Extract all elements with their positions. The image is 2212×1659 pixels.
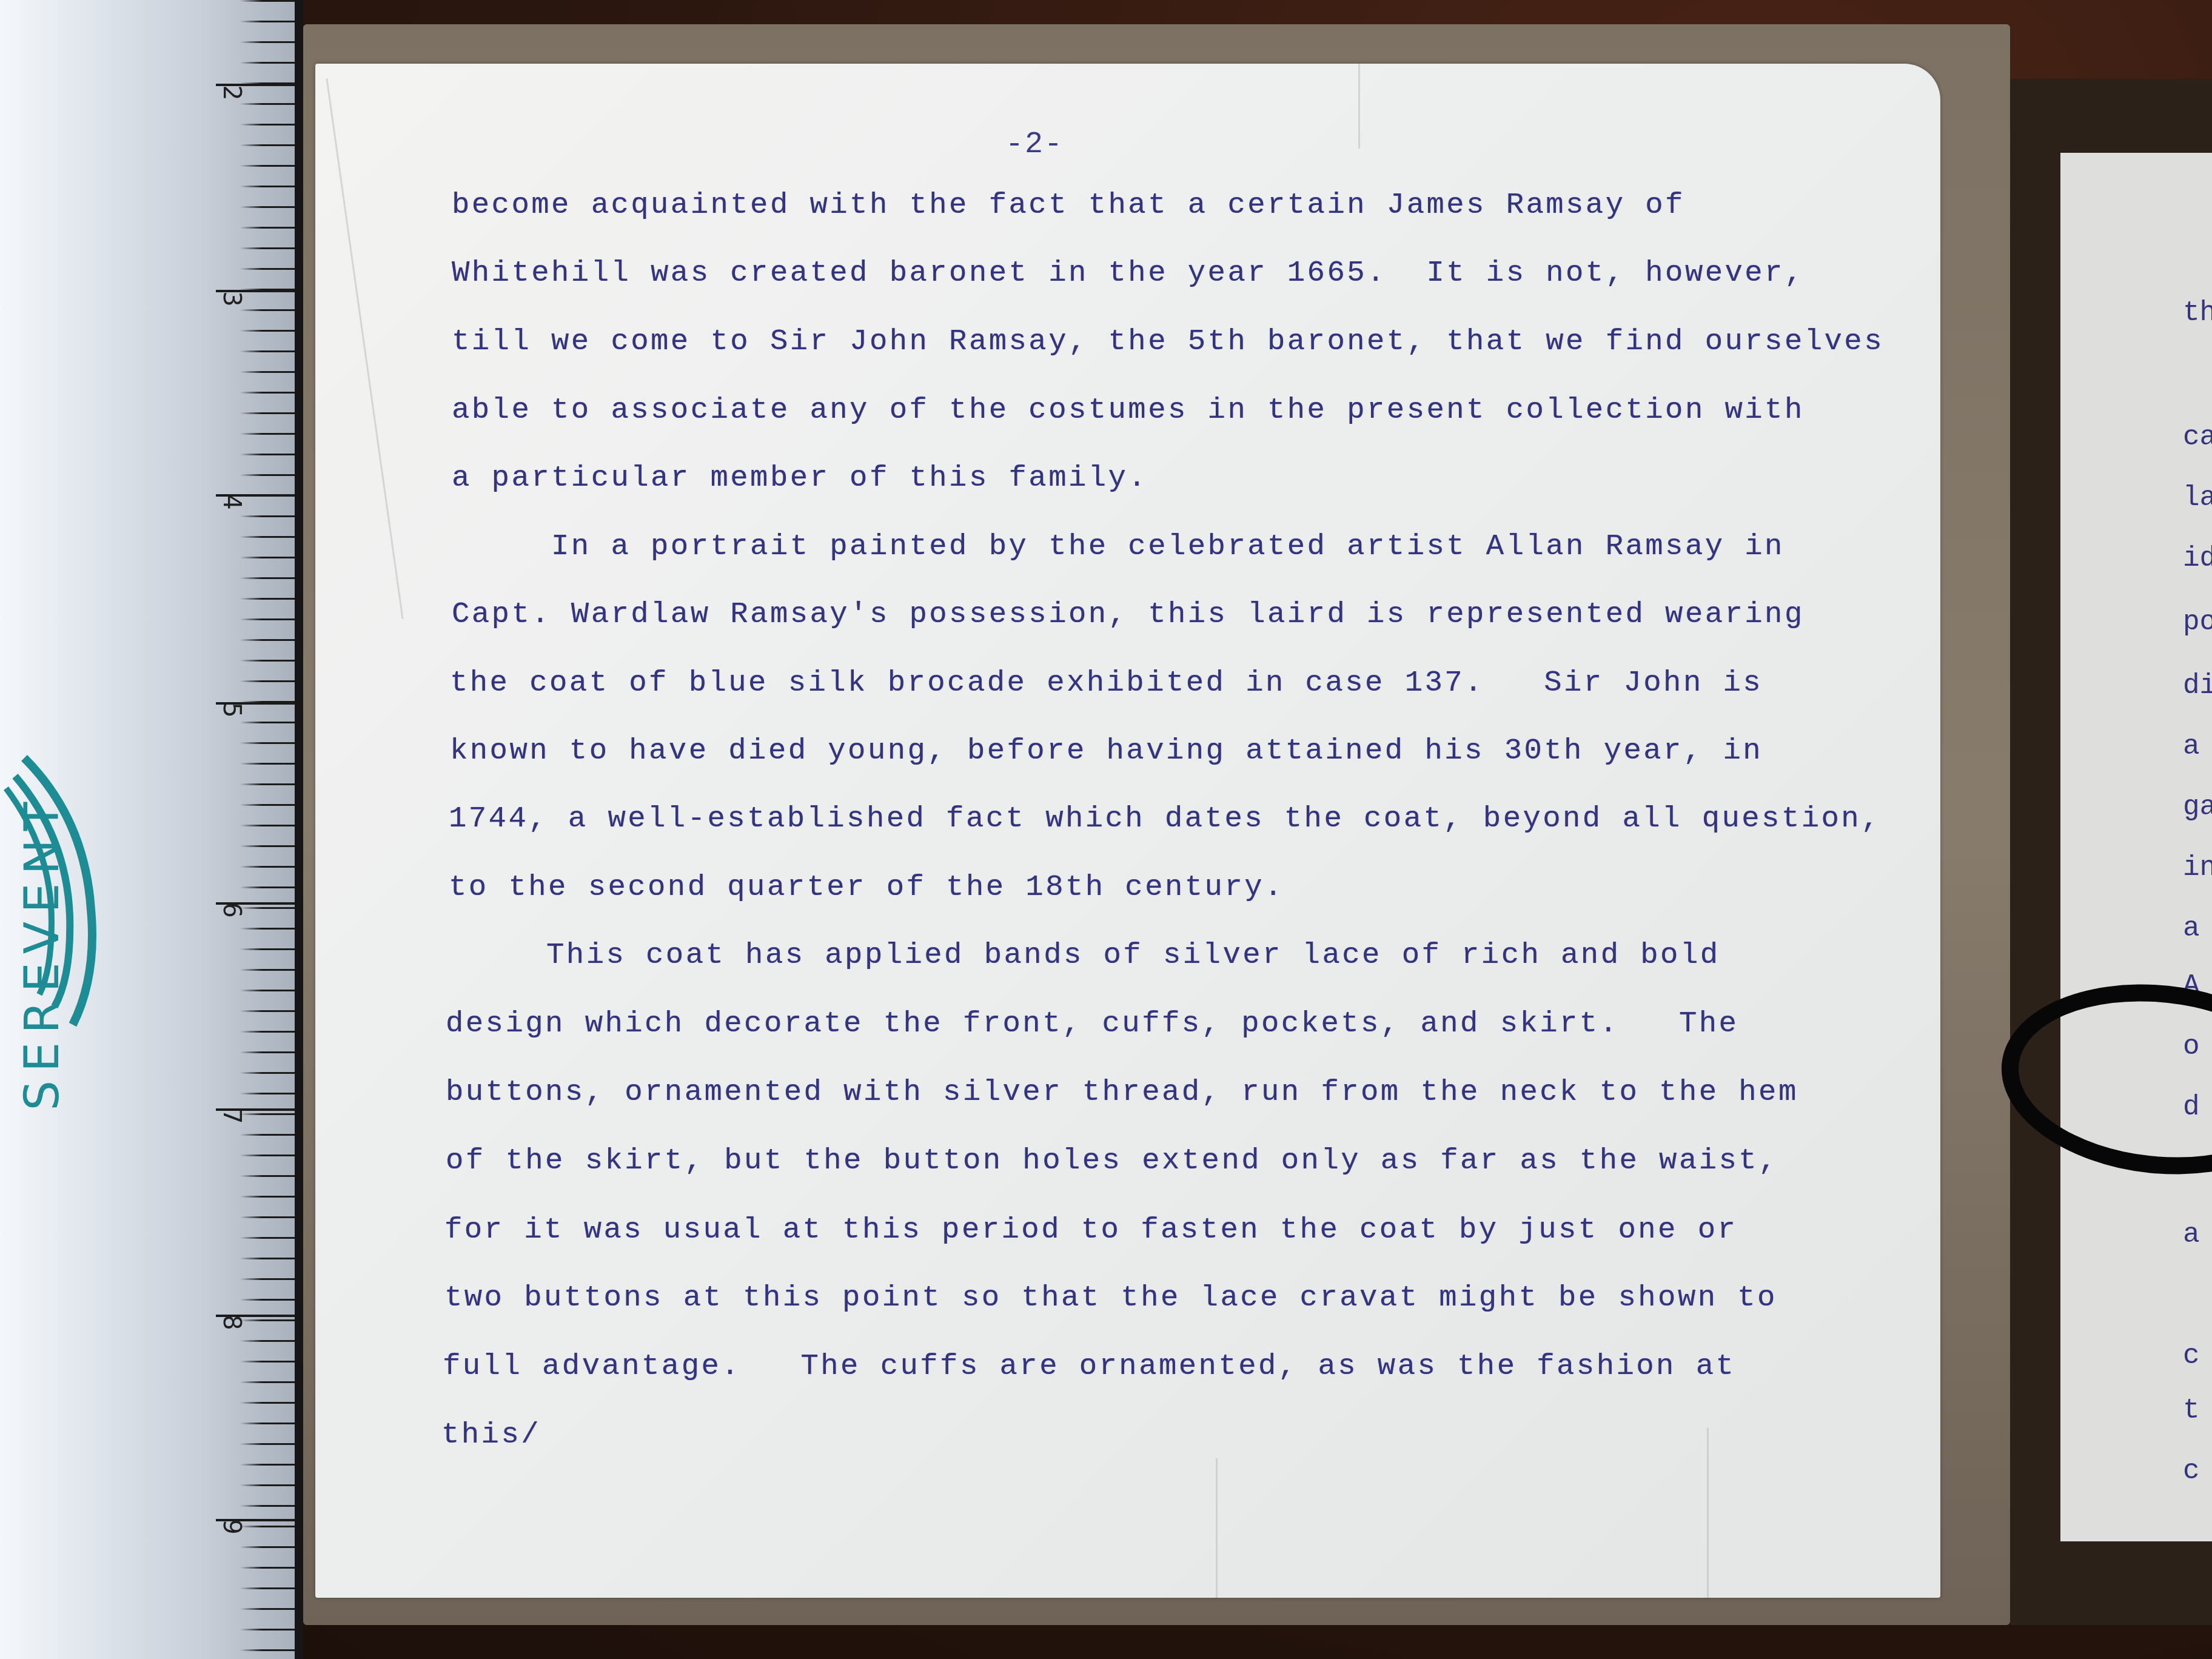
adjacent-text-fragment: c [2183, 1340, 2200, 1372]
text-line: a particular member of this family. [452, 461, 1148, 495]
adjacent-text-fragment: c [2183, 1455, 2200, 1487]
adjacent-text-fragment: a [2183, 1219, 2200, 1250]
text-line: full advantage. The cuffs are ornamented… [443, 1349, 1735, 1383]
text-line: to the second quarter of the 18th centur… [449, 870, 1284, 904]
text-line: this/ [441, 1418, 541, 1452]
ruler-ticks [240, 0, 295, 1659]
text-line: two buttons at this point so that the la… [444, 1281, 1777, 1315]
text-line: Whitehill was created baronet in the yea… [452, 256, 1805, 290]
logo-text: SEREVENT [15, 782, 64, 1122]
text-line: In a portrait painted by the celebrated … [452, 529, 1785, 563]
adjacent-text-fragment: id [2183, 543, 2212, 574]
adjacent-text-fragment: la [2183, 482, 2212, 514]
ruler-number: 6 [217, 902, 245, 917]
text-line: for it was usual at this period to faste… [444, 1213, 1737, 1247]
ruler-number: 9 [217, 1519, 245, 1534]
adjacent-text-fragment: a [2183, 731, 2200, 762]
adjacent-text-fragment: po [2183, 606, 2212, 638]
paper-crease [1358, 64, 1360, 149]
text-line: till we come to Sir John Ramsay, the 5th… [452, 324, 1884, 358]
text-line: This coat has applied bands of silver la… [447, 938, 1720, 972]
text-line: of the skirt, but the button holes exten… [446, 1144, 1778, 1178]
text-line: buttons, ornamented with silver thread, … [446, 1075, 1798, 1109]
paper-crease [326, 78, 403, 619]
adjacent-text-fragment: t [2183, 1395, 2200, 1426]
text-line: Capt. Wardlaw Ramsay's possession, this … [452, 597, 1805, 631]
ruler-number: 7 [217, 1108, 245, 1124]
paper-crease [1707, 1428, 1709, 1598]
text-line: design which decorate the front, cuffs, … [446, 1007, 1738, 1041]
ruler-number: 4 [217, 494, 245, 509]
adjacent-text-fragment: th [2183, 297, 2212, 329]
adjacent-text-fragment: ca [2183, 421, 2212, 453]
ruler-number: 3 [217, 291, 245, 306]
text-line: able to associate any of the costumes in… [452, 393, 1805, 427]
ruler-number: 2 [217, 85, 245, 100]
text-line: become acquainted with the fact that a c… [452, 188, 1685, 222]
ruler-number: 8 [217, 1315, 245, 1330]
adjacent-text-fragment: a [2183, 913, 2200, 944]
page-number: -2- [1005, 127, 1064, 162]
text-line: known to have died young, before having … [450, 734, 1763, 768]
adjacent-text-fragment: ga [2183, 791, 2212, 823]
paper-crease [1216, 1458, 1218, 1598]
text-line: 1744, a well-established fact which date… [449, 802, 1881, 836]
adjacent-page [2060, 153, 2212, 1541]
ruler-number: 5 [217, 702, 245, 717]
text-line: the coat of blue silk brocade exhibited … [450, 666, 1763, 700]
adjacent-text-fragment: in [2183, 852, 2212, 883]
adjacent-text-fragment: di [2183, 670, 2212, 702]
